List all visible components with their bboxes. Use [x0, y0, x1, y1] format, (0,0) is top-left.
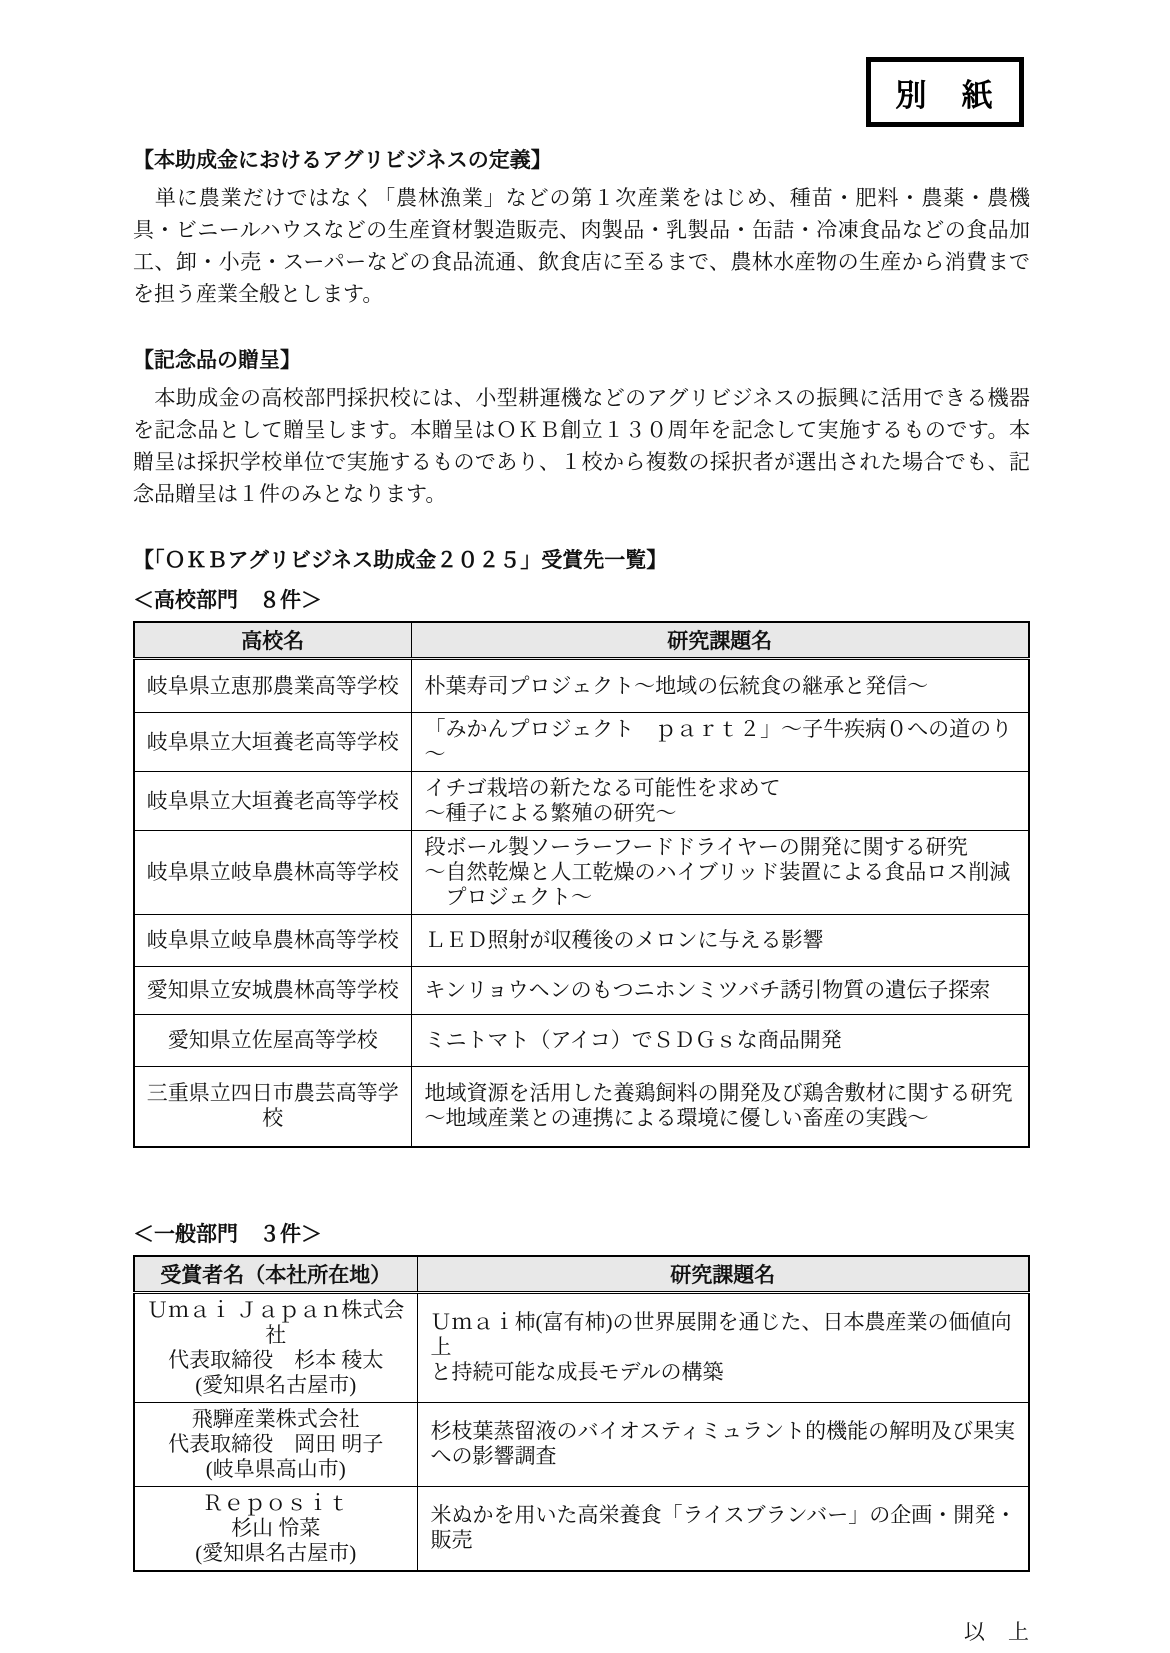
school-name-cell: 三重県立四日市農芸高等学校: [134, 1067, 411, 1147]
gift-section-heading: 【記念品の贈呈】: [133, 346, 1030, 376]
general-section-subheading: ＜一般部門 ３件＞: [133, 1220, 1030, 1250]
research-topic-cell: 朴葉寿司プロジェクト～地域の伝統食の継承と発信～: [411, 659, 1029, 713]
column-header-winner-name: 受賞者名（本社所在地）: [134, 1256, 417, 1293]
column-header-research-topic: 研究課題名: [411, 622, 1029, 659]
attachment-label: 別 紙: [896, 70, 995, 115]
school-name-cell: 岐阜県立大垣養老高等学校: [134, 713, 411, 772]
research-topic-cell: ＬＥＤ照射が収穫後のメロンに与える影響: [411, 915, 1029, 967]
research-topic-cell: 杉枝葉蒸留液のバイオスティミュラント的機能の解明及び果実 への影響調査: [417, 1402, 1029, 1486]
awards-list-heading: 【「ＯＫＢアグリビジネス助成金２０２５」受賞先一覧】: [133, 546, 1030, 576]
table-row: 岐阜県立岐阜農林高等学校 ＬＥＤ照射が収穫後のメロンに与える影響: [134, 915, 1029, 967]
school-name-cell: 岐阜県立岐阜農林高等学校: [134, 831, 411, 915]
gift-paragraph: 本助成金の高校部門採択校には、小型耕運機などのアグリビジネスの振興に活用できる機…: [133, 382, 1030, 510]
table-row: 三重県立四日市農芸高等学校 地域資源を活用した養鶏飼料の開発及び鶏舎敷材に関する…: [134, 1067, 1029, 1147]
column-header-research-topic: 研究課題名: [417, 1256, 1029, 1293]
highschool-awards-table: 高校名 研究課題名 岐阜県立恵那農業高等学校 朴葉寿司プロジェクト～地域の伝統食…: [133, 621, 1030, 1148]
table-row: 飛騨産業株式会社 代表取締役 岡田 明子 (岐阜県高山市) 杉枝葉蒸留液のバイオ…: [134, 1402, 1029, 1486]
research-topic-cell: キンリョウヘンのもつニホンミツバチ誘引物質の遺伝子探索: [411, 967, 1029, 1015]
table-row: 岐阜県立大垣養老高等学校 イチゴ栽培の新たなる可能性を求めて ～種子による繁殖の…: [134, 772, 1029, 831]
closing-mark: 以 上: [133, 1616, 1030, 1646]
research-topic-cell: ミニトマト（アイコ）でＳＤＧｓな商品開発: [411, 1015, 1029, 1067]
definition-section-heading: 【本助成金におけるアグリビジネスの定義】: [133, 146, 1030, 176]
research-topic-cell: イチゴ栽培の新たなる可能性を求めて ～種子による繁殖の研究～: [411, 772, 1029, 831]
definition-paragraph: 単に農業だけではなく「農林漁業」などの第１次産業をはじめ、種苗・肥料・農薬・農機…: [133, 182, 1030, 310]
school-name-cell: 愛知県立佐屋高等学校: [134, 1015, 411, 1067]
research-topic-cell: Ｕｍａｉ柿(富有柿)の世界展開を通じた、日本農産業の価値向上 と持続可能な成長モ…: [417, 1292, 1029, 1402]
document-page: 別 紙 【本助成金におけるアグリビジネスの定義】 単に農業だけではなく「農林漁業…: [0, 0, 1170, 1653]
research-topic-cell: 「みかんプロジェクト ｐａｒｔ２」～子牛疾病０への道のり～: [411, 713, 1029, 772]
table-header-row: 受賞者名（本社所在地） 研究課題名: [134, 1256, 1029, 1293]
table-row: 岐阜県立大垣養老高等学校 「みかんプロジェクト ｐａｒｔ２」～子牛疾病０への道の…: [134, 713, 1029, 772]
highschool-section-subheading: ＜高校部門 ８件＞: [133, 586, 1030, 616]
school-name-cell: 岐阜県立大垣養老高等学校: [134, 772, 411, 831]
school-name-cell: 岐阜県立岐阜農林高等学校: [134, 915, 411, 967]
school-name-cell: 愛知県立安城農林高等学校: [134, 967, 411, 1015]
winner-name-cell: Ｕｍａｉ Ｊａｐａｎ株式会社 代表取締役 杉本 稜太 (愛知県名古屋市): [134, 1292, 417, 1402]
column-header-school-name: 高校名: [134, 622, 411, 659]
table-row: 岐阜県立岐阜農林高等学校 段ボール製ソーラーフードドライヤーの開発に関する研究 …: [134, 831, 1029, 915]
school-name-cell: 岐阜県立恵那農業高等学校: [134, 659, 411, 713]
table-header-row: 高校名 研究課題名: [134, 622, 1029, 659]
winner-name-cell: 飛騨産業株式会社 代表取締役 岡田 明子 (岐阜県高山市): [134, 1402, 417, 1486]
table-row: 愛知県立安城農林高等学校 キンリョウヘンのもつニホンミツバチ誘引物質の遺伝子探索: [134, 967, 1029, 1015]
attachment-label-box: 別 紙: [866, 57, 1024, 127]
table-row: Ｒｅｐｏｓｉｔ 杉山 怜菜 (愛知県名古屋市) 米ぬかを用いた高栄養食「ライスブ…: [134, 1486, 1029, 1571]
winner-name-cell: Ｒｅｐｏｓｉｔ 杉山 怜菜 (愛知県名古屋市): [134, 1486, 417, 1571]
research-topic-cell: 段ボール製ソーラーフードドライヤーの開発に関する研究 ～自然乾燥と人工乾燥のハイ…: [411, 831, 1029, 915]
research-topic-cell: 地域資源を活用した養鶏飼料の開発及び鶏舎敷材に関する研究 ～地域産業との連携によ…: [411, 1067, 1029, 1147]
document-body: 【本助成金におけるアグリビジネスの定義】 単に農業だけではなく「農林漁業」などの…: [133, 146, 1030, 1646]
general-awards-table: 受賞者名（本社所在地） 研究課題名 Ｕｍａｉ Ｊａｐａｎ株式会社 代表取締役 杉…: [133, 1255, 1030, 1572]
table-row: 愛知県立佐屋高等学校 ミニトマト（アイコ）でＳＤＧｓな商品開発: [134, 1015, 1029, 1067]
table-row: 岐阜県立恵那農業高等学校 朴葉寿司プロジェクト～地域の伝統食の継承と発信～: [134, 659, 1029, 713]
table-row: Ｕｍａｉ Ｊａｐａｎ株式会社 代表取締役 杉本 稜太 (愛知県名古屋市) Ｕｍａ…: [134, 1292, 1029, 1402]
research-topic-cell: 米ぬかを用いた高栄養食「ライスブランバー」の企画・開発・販売: [417, 1486, 1029, 1571]
